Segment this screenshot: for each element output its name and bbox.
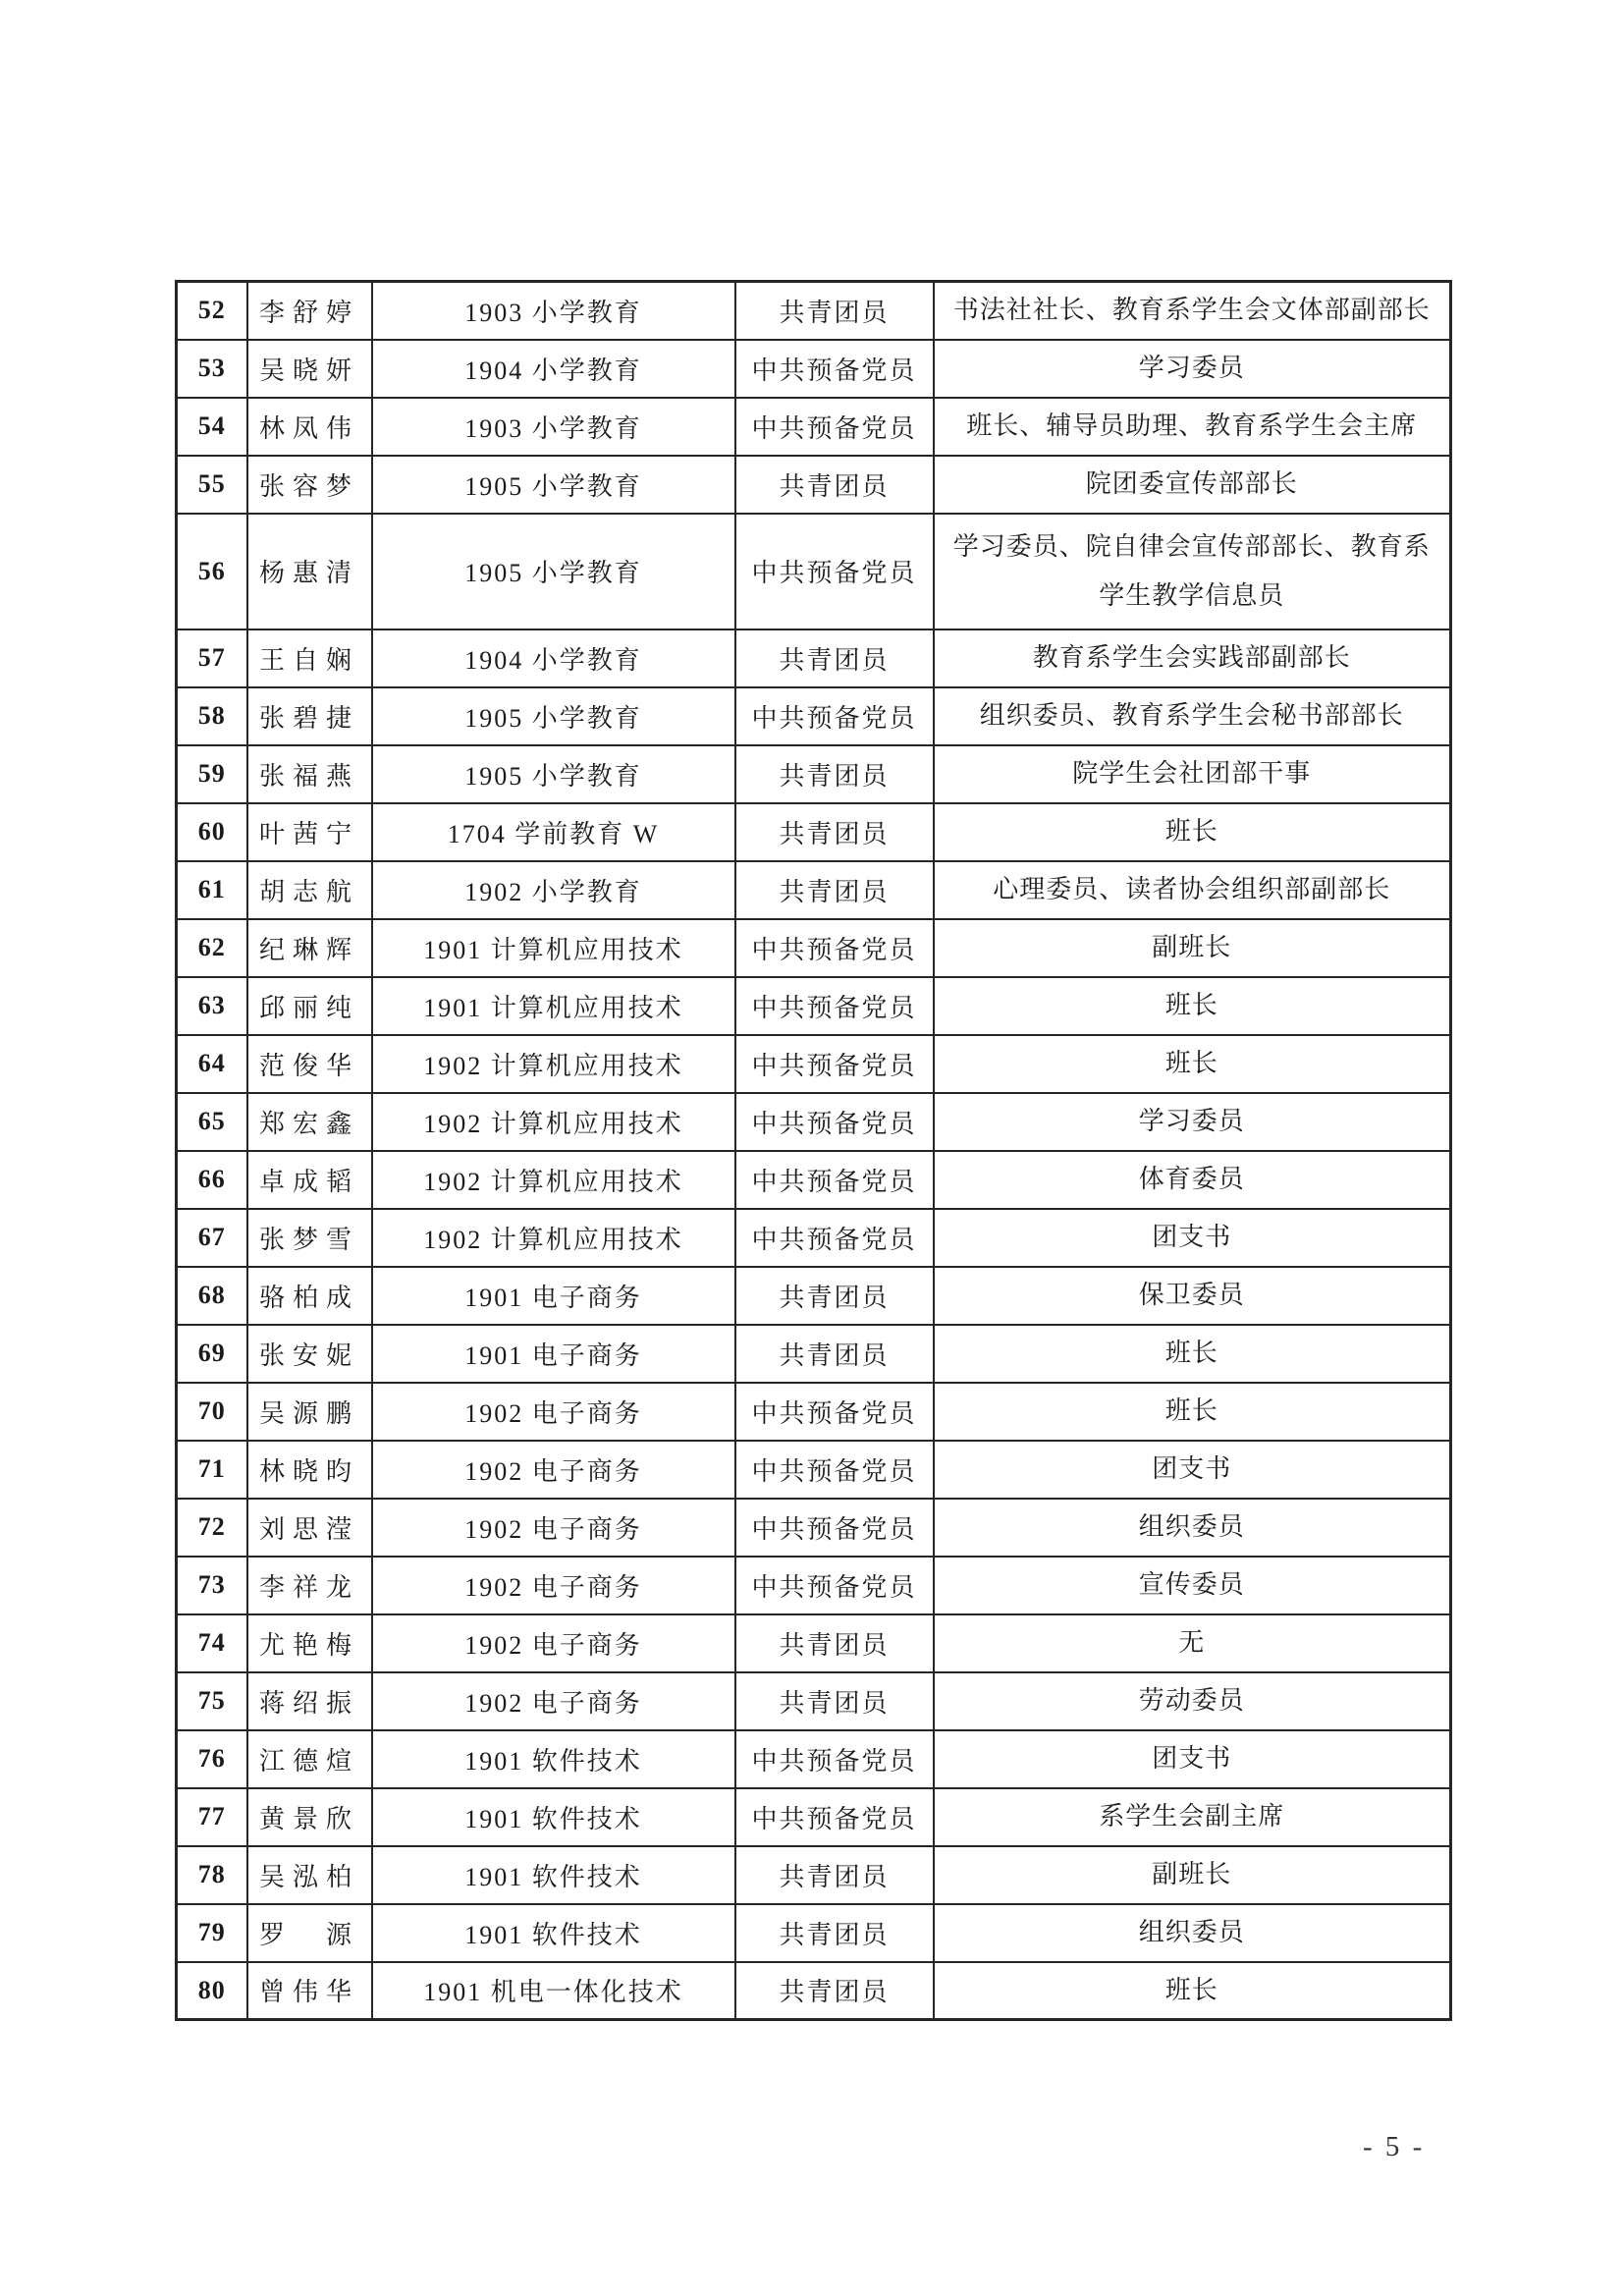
class-major: 1704 学前教育 W [372,803,735,861]
row-number: 57 [177,629,247,687]
row-number: 68 [177,1267,247,1325]
political-status: 中共预备党员 [735,398,934,456]
class-major: 1902 计算机应用技术 [372,1209,735,1267]
position-title: 副班长 [934,919,1451,977]
roster-table-body: 52李舒婷1903 小学教育共青团员书法社社长、教育系学生会文体部副部长53吴晓… [177,282,1451,2020]
row-number: 72 [177,1499,247,1557]
student-name: 李祥龙 [247,1557,372,1614]
political-status: 共青团员 [735,456,934,514]
position-title: 组织委员 [934,1499,1451,1557]
class-major: 1902 电子商务 [372,1499,735,1557]
position-title: 系学生会副主席 [934,1788,1451,1846]
class-major: 1905 小学教育 [372,687,735,745]
row-number: 71 [177,1441,247,1499]
table-row: 64范俊华1902 计算机应用技术中共预备党员班长 [177,1035,1451,1093]
position-title: 书法社社长、教育系学生会文体部副部长 [934,282,1451,340]
student-name: 黄景欣 [247,1788,372,1846]
class-major: 1902 电子商务 [372,1441,735,1499]
table-row: 68骆柏成1901 电子商务共青团员保卫委员 [177,1267,1451,1325]
class-major: 1902 小学教育 [372,861,735,919]
position-title: 团支书 [934,1209,1451,1267]
student-name: 胡志航 [247,861,372,919]
class-major: 1901 计算机应用技术 [372,977,735,1035]
political-status: 共青团员 [735,1325,934,1383]
class-major: 1901 机电一体化技术 [372,1962,735,2020]
student-name: 纪琳辉 [247,919,372,977]
student-name: 叶茜宁 [247,803,372,861]
row-number: 76 [177,1730,247,1788]
table-row: 74尤艳梅1902 电子商务共青团员无 [177,1614,1451,1672]
class-major: 1902 电子商务 [372,1614,735,1672]
political-status: 共青团员 [735,1267,934,1325]
class-major: 1905 小学教育 [372,514,735,629]
student-name: 尤艳梅 [247,1614,372,1672]
political-status: 共青团员 [735,861,934,919]
class-major: 1901 软件技术 [372,1788,735,1846]
row-number: 70 [177,1383,247,1441]
class-major: 1901 电子商务 [372,1267,735,1325]
political-status: 中共预备党员 [735,977,934,1035]
political-status: 中共预备党员 [735,1788,934,1846]
political-status: 共青团员 [735,803,934,861]
position-title: 班长、辅导员助理、教育系学生会主席 [934,398,1451,456]
position-title: 团支书 [934,1730,1451,1788]
row-number: 66 [177,1151,247,1209]
table-row: 57王自娴1904 小学教育共青团员教育系学生会实践部副部长 [177,629,1451,687]
table-row: 71林晓昀1902 电子商务中共预备党员团支书 [177,1441,1451,1499]
position-title: 班长 [934,1383,1451,1441]
political-status: 中共预备党员 [735,687,934,745]
position-title: 班长 [934,1035,1451,1093]
position-title: 学习委员 [934,1093,1451,1151]
row-number: 75 [177,1672,247,1730]
position-title: 保卫委员 [934,1267,1451,1325]
position-title: 劳动委员 [934,1672,1451,1730]
row-number: 65 [177,1093,247,1151]
political-status: 中共预备党员 [735,1035,934,1093]
table-row: 69张安妮1901 电子商务共青团员班长 [177,1325,1451,1383]
student-name: 吴源鹏 [247,1383,372,1441]
class-major: 1902 计算机应用技术 [372,1093,735,1151]
political-status: 中共预备党员 [735,1730,934,1788]
row-number: 64 [177,1035,247,1093]
student-name: 江德煊 [247,1730,372,1788]
row-number: 61 [177,861,247,919]
political-status: 共青团员 [735,1962,934,2020]
political-status: 共青团员 [735,745,934,803]
table-row: 75蒋绍振1902 电子商务共青团员劳动委员 [177,1672,1451,1730]
political-status: 共青团员 [735,282,934,340]
class-major: 1902 计算机应用技术 [372,1035,735,1093]
table-row: 56杨惠清1905 小学教育中共预备党员学习委员、院自律会宣传部部长、教育系 学… [177,514,1451,629]
student-name: 杨惠清 [247,514,372,629]
political-status: 中共预备党员 [735,1209,934,1267]
position-title: 院团委宣传部部长 [934,456,1451,514]
table-row: 80曾伟华1901 机电一体化技术共青团员班长 [177,1962,1451,2020]
political-status: 中共预备党员 [735,1383,934,1441]
row-number: 79 [177,1904,247,1962]
student-name: 骆柏成 [247,1267,372,1325]
position-title: 学习委员、院自律会宣传部部长、教育系 学生教学信息员 [934,514,1451,629]
row-number: 60 [177,803,247,861]
class-major: 1904 小学教育 [372,340,735,398]
student-name: 林凤伟 [247,398,372,456]
document-page: 52李舒婷1903 小学教育共青团员书法社社长、教育系学生会文体部副部长53吴晓… [0,0,1623,2296]
class-major: 1901 软件技术 [372,1904,735,1962]
political-status: 共青团员 [735,1904,934,1962]
row-number: 67 [177,1209,247,1267]
page-number: - 5 - [1363,2131,1425,2163]
position-title: 组织委员、教育系学生会秘书部部长 [934,687,1451,745]
political-status: 共青团员 [735,1672,934,1730]
table-row: 79罗 源1901 软件技术共青团员组织委员 [177,1904,1451,1962]
student-name: 蒋绍振 [247,1672,372,1730]
position-title: 宣传委员 [934,1557,1451,1614]
row-number: 69 [177,1325,247,1383]
political-status: 共青团员 [735,1846,934,1904]
class-major: 1903 小学教育 [372,282,735,340]
row-number: 58 [177,687,247,745]
table-row: 53吴晓妍1904 小学教育中共预备党员学习委员 [177,340,1451,398]
table-row: 77黄景欣1901 软件技术中共预备党员系学生会副主席 [177,1788,1451,1846]
position-title: 班长 [934,803,1451,861]
political-status: 共青团员 [735,629,934,687]
table-row: 55张容梦1905 小学教育共青团员院团委宣传部部长 [177,456,1451,514]
student-name: 吴泓柏 [247,1846,372,1904]
position-title: 院学生会社团部干事 [934,745,1451,803]
class-major: 1902 电子商务 [372,1672,735,1730]
position-title: 班长 [934,1325,1451,1383]
roster-table: 52李舒婷1903 小学教育共青团员书法社社长、教育系学生会文体部副部长53吴晓… [175,280,1452,2021]
political-status: 中共预备党员 [735,1093,934,1151]
student-name: 李舒婷 [247,282,372,340]
political-status: 中共预备党员 [735,919,934,977]
class-major: 1902 电子商务 [372,1557,735,1614]
row-number: 73 [177,1557,247,1614]
student-name: 王自娴 [247,629,372,687]
class-major: 1903 小学教育 [372,398,735,456]
student-name: 曾伟华 [247,1962,372,2020]
position-title: 教育系学生会实践部副部长 [934,629,1451,687]
position-title: 学习委员 [934,340,1451,398]
row-number: 62 [177,919,247,977]
political-status: 共青团员 [735,1614,934,1672]
student-name: 卓成韬 [247,1151,372,1209]
row-number: 55 [177,456,247,514]
student-name: 张梦雪 [247,1209,372,1267]
political-status: 中共预备党员 [735,1151,934,1209]
student-name: 张安妮 [247,1325,372,1383]
table-row: 67张梦雪1902 计算机应用技术中共预备党员团支书 [177,1209,1451,1267]
table-row: 61胡志航1902 小学教育共青团员心理委员、读者协会组织部副部长 [177,861,1451,919]
position-title: 心理委员、读者协会组织部副部长 [934,861,1451,919]
political-status: 中共预备党员 [735,340,934,398]
political-status: 中共预备党员 [735,1441,934,1499]
table-row: 66卓成韬1902 计算机应用技术中共预备党员体育委员 [177,1151,1451,1209]
class-major: 1901 计算机应用技术 [372,919,735,977]
table-row: 62纪琳辉1901 计算机应用技术中共预备党员副班长 [177,919,1451,977]
student-name: 林晓昀 [247,1441,372,1499]
student-name: 邱丽纯 [247,977,372,1035]
table-row: 60叶茜宁1704 学前教育 W共青团员班长 [177,803,1451,861]
class-major: 1902 计算机应用技术 [372,1151,735,1209]
table-row: 52李舒婷1903 小学教育共青团员书法社社长、教育系学生会文体部副部长 [177,282,1451,340]
class-major: 1905 小学教育 [372,456,735,514]
student-name: 罗 源 [247,1904,372,1962]
class-major: 1901 软件技术 [372,1846,735,1904]
table-row: 73李祥龙1902 电子商务中共预备党员宣传委员 [177,1557,1451,1614]
row-number: 52 [177,282,247,340]
position-title: 组织委员 [934,1904,1451,1962]
political-status: 中共预备党员 [735,514,934,629]
position-title: 团支书 [934,1441,1451,1499]
student-name: 刘思滢 [247,1499,372,1557]
political-status: 中共预备党员 [735,1557,934,1614]
row-number: 54 [177,398,247,456]
row-number: 74 [177,1614,247,1672]
table-row: 54林凤伟1903 小学教育中共预备党员班长、辅导员助理、教育系学生会主席 [177,398,1451,456]
row-number: 56 [177,514,247,629]
position-title: 副班长 [934,1846,1451,1904]
position-title: 体育委员 [934,1151,1451,1209]
table-row: 63邱丽纯1901 计算机应用技术中共预备党员班长 [177,977,1451,1035]
row-number: 77 [177,1788,247,1846]
class-major: 1905 小学教育 [372,745,735,803]
class-major: 1901 软件技术 [372,1730,735,1788]
class-major: 1901 电子商务 [372,1325,735,1383]
student-name: 张福燕 [247,745,372,803]
row-number: 78 [177,1846,247,1904]
student-name: 郑宏鑫 [247,1093,372,1151]
row-number: 63 [177,977,247,1035]
table-row: 78吴泓柏1901 软件技术共青团员副班长 [177,1846,1451,1904]
table-row: 76江德煊1901 软件技术中共预备党员团支书 [177,1730,1451,1788]
row-number: 80 [177,1962,247,2020]
student-name: 吴晓妍 [247,340,372,398]
row-number: 59 [177,745,247,803]
position-title: 班长 [934,977,1451,1035]
student-name: 张容梦 [247,456,372,514]
table-row: 72刘思滢1902 电子商务中共预备党员组织委员 [177,1499,1451,1557]
position-title: 无 [934,1614,1451,1672]
class-major: 1902 电子商务 [372,1383,735,1441]
position-title: 班长 [934,1962,1451,2020]
table-row: 70吴源鹏1902 电子商务中共预备党员班长 [177,1383,1451,1441]
table-row: 58张碧捷1905 小学教育中共预备党员组织委员、教育系学生会秘书部部长 [177,687,1451,745]
student-name: 张碧捷 [247,687,372,745]
class-major: 1904 小学教育 [372,629,735,687]
student-name: 范俊华 [247,1035,372,1093]
political-status: 中共预备党员 [735,1499,934,1557]
row-number: 53 [177,340,247,398]
table-row: 59张福燕1905 小学教育共青团员院学生会社团部干事 [177,745,1451,803]
table-row: 65郑宏鑫1902 计算机应用技术中共预备党员学习委员 [177,1093,1451,1151]
